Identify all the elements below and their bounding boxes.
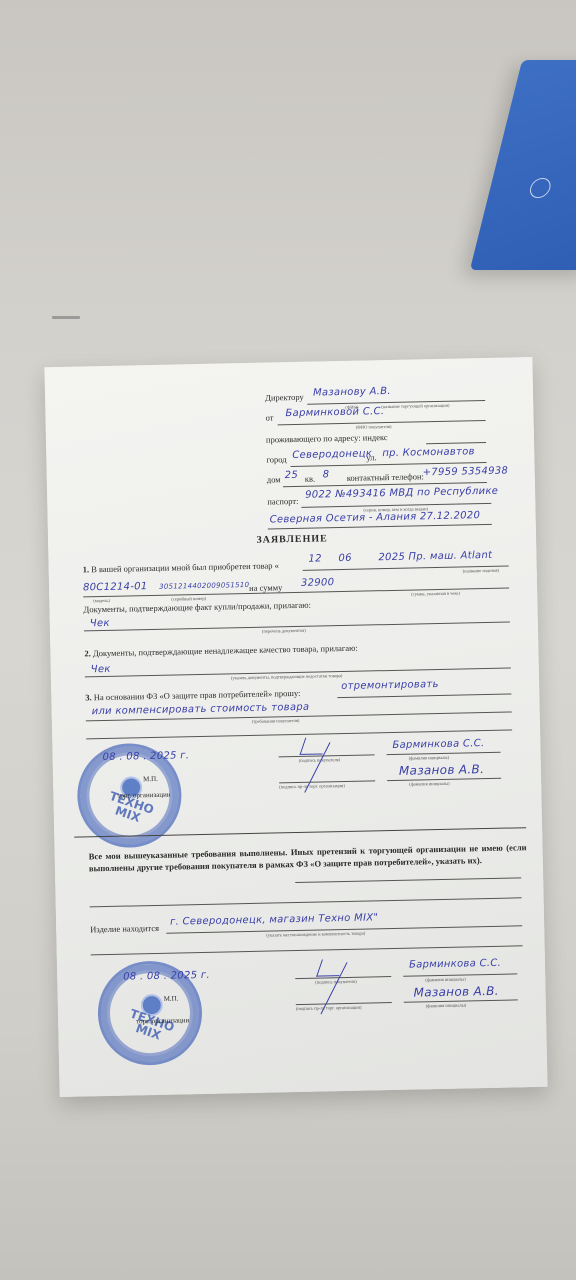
item1-model-caption: (модель) bbox=[93, 598, 110, 603]
sig2-org-caption: (подпись пр-ля торг. организации) bbox=[296, 1005, 362, 1011]
phone-label: контактный телефон: bbox=[347, 471, 424, 483]
item3-value-line1: отремонтировать bbox=[341, 679, 439, 692]
sig2-org-name-caption: (фамилия инициалы) bbox=[426, 1002, 466, 1008]
sig1-org-caption: (подпись пр-ля торг. организации) bbox=[279, 783, 345, 789]
item1-product-caption: (название изделия) bbox=[463, 568, 499, 574]
item2-text: 2. Документы, подтверждающие ненадлежаще… bbox=[84, 643, 358, 659]
director-value: Мазанову А.В. bbox=[313, 386, 391, 399]
item1-day-value: 12 bbox=[308, 553, 322, 564]
completion-text: Все мои вышеуказанные требования выполне… bbox=[89, 841, 527, 874]
document-title: ЗАЯВЛЕНИЕ bbox=[48, 529, 536, 550]
director-label: Директору bbox=[265, 392, 304, 403]
sig2-org-name-value: Мазанов А.В. bbox=[413, 984, 498, 1000]
address-index-line bbox=[426, 442, 486, 444]
item1-docs-caption: (перечень документов) bbox=[262, 628, 306, 634]
item2-value: Чек bbox=[91, 664, 111, 675]
claim-form-sheet: Директору Мазанову А.В. (ФИО) (название … bbox=[44, 357, 547, 1097]
sig2-org-label: торг. организации bbox=[136, 1016, 189, 1025]
sig2-stamp-label: М.П. bbox=[164, 995, 179, 1003]
item1-label: В вашей организации мной был приобретен … bbox=[91, 560, 279, 574]
item2-number: 2. bbox=[84, 648, 91, 658]
item3-line-1 bbox=[337, 693, 511, 698]
passport-value: 9022 №493416 МВД по Республике bbox=[305, 486, 498, 501]
item1-model-value: 80С1214-01 bbox=[83, 581, 148, 593]
completion-line-1 bbox=[295, 877, 521, 883]
address-label: проживающего по адресу: индекс bbox=[266, 432, 388, 445]
city-label: город bbox=[266, 454, 286, 464]
item1-number: 1. bbox=[83, 564, 90, 574]
item3-number: 3. bbox=[85, 692, 92, 702]
completion-line-2 bbox=[90, 897, 522, 907]
director-caption-org: (название торгующей организации) bbox=[381, 403, 449, 409]
sig2-date-value: 08 . 08 . 2025 г. bbox=[123, 970, 210, 983]
item1-docs-value: Чек bbox=[90, 618, 110, 629]
sig1-buyer-name-caption: (фамилия инициалы) bbox=[409, 755, 449, 761]
item1-year-value: 2025 bbox=[378, 552, 405, 564]
item3-text: 3. На основании ФЗ «О защите прав потреб… bbox=[85, 688, 300, 703]
location-line-2 bbox=[91, 945, 523, 955]
passport-value-line2: Северная Осетия - Алания 27.12.2020 bbox=[270, 510, 481, 525]
location-caption: (указать местонахождение и комплектность… bbox=[266, 931, 365, 938]
blue-box-background bbox=[470, 60, 576, 270]
apt-value: 8 bbox=[323, 469, 330, 480]
item1-month-value: 06 bbox=[338, 553, 352, 564]
from-label: от bbox=[265, 412, 273, 422]
from-caption: (ФИО покупателя) bbox=[356, 424, 392, 430]
item3-caption: (требования покупателя) bbox=[252, 718, 300, 724]
sig1-stamp-label: М.П. bbox=[143, 775, 158, 783]
sig1-org-label: торг. организации bbox=[117, 791, 170, 800]
sig2-buyer-name-caption: (фамилия инициалы) bbox=[425, 977, 465, 983]
sig1-date-value: 08 . 08 . 2025 г. bbox=[102, 750, 189, 763]
item1-sum-value: 32900 bbox=[301, 577, 335, 589]
street-label: ул. bbox=[366, 452, 376, 462]
location-value: г. Северодонецк, магазин Техно MIX" bbox=[170, 912, 378, 927]
item1-sum-caption: (сумма, указанная в чеке) bbox=[411, 591, 460, 597]
box-logo-icon bbox=[528, 178, 553, 198]
sig1-buyer-name-value: Барминкова С.С. bbox=[392, 738, 484, 751]
item1-serial-caption: (серийный номер) bbox=[171, 596, 206, 602]
sig1-org-name-value: Мазанов А.В. bbox=[399, 762, 484, 778]
phone-value: +7959 5354938 bbox=[423, 466, 509, 479]
item1-text: 1. В вашей организации мной был приобрет… bbox=[83, 560, 279, 574]
location-label: Изделие находится bbox=[90, 923, 159, 934]
house-value: 25 bbox=[285, 470, 299, 481]
apt-label: кв. bbox=[305, 474, 315, 484]
item1-product-value: Пр. маш. Atlant bbox=[408, 550, 492, 563]
item3-label: На основании ФЗ «О защите прав потребите… bbox=[94, 688, 301, 702]
passport-label: паспорт: bbox=[267, 496, 298, 507]
item1-serial-value: 3051214402009051510 bbox=[159, 581, 249, 591]
house-label: дом bbox=[267, 474, 281, 484]
item3-value-line2: или компенсировать стоимость товара bbox=[92, 702, 310, 718]
sig1-org-name-caption: (фамилия инициалы) bbox=[409, 781, 449, 787]
item1-docs-label: Документы, подтверждающие факт купли/про… bbox=[83, 600, 311, 615]
city-value: Северодонецк bbox=[292, 448, 372, 461]
from-value: Барминковой С.С. bbox=[285, 406, 384, 419]
table-speck bbox=[52, 316, 80, 319]
sig2-buyer-name-value: Барминкова С.С. bbox=[409, 958, 501, 971]
item2-caption: (указать документы, подтверждающие недос… bbox=[231, 673, 343, 680]
item2-label: Документы, подтверждающие ненадлежащее к… bbox=[93, 643, 358, 659]
street-value: пр. Космонавтов bbox=[382, 446, 475, 459]
